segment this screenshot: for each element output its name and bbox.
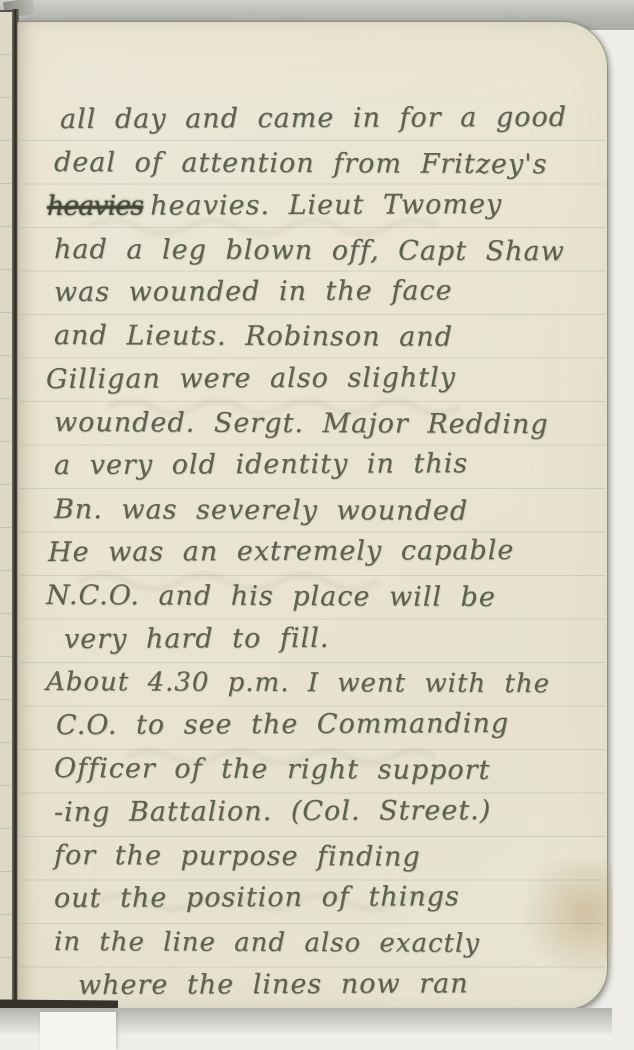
line-text: had a leg blown off, Capt Shaw	[54, 234, 565, 267]
line-text: He was an extremely capable	[48, 535, 514, 568]
handwritten-line: Bn. was severely wounded	[54, 488, 603, 534]
handwritten-line: N.C.O. and his place will be	[46, 574, 603, 620]
handwritten-line: was wounded in the face	[54, 269, 603, 315]
handwritten-line: a very old identity in this	[54, 442, 603, 488]
line-text: and Lieuts. Robinson and	[54, 320, 453, 353]
paper-scrap	[40, 1012, 116, 1050]
handwritten-line: -ing Battalion. (Col. Street.)	[54, 788, 603, 834]
handwritten-line: had a leg blown off, Capt Shaw	[54, 228, 603, 274]
line-text: About 4.30 p.m. I went with the	[46, 667, 550, 699]
handwritten-line: all day and came in for a good	[60, 96, 603, 142]
line-text: in the line and also exactly	[54, 927, 480, 959]
line-text: all day and came in for a good	[60, 102, 567, 135]
handwritten-line: for the purpose finding	[54, 834, 603, 880]
line-text: very hard to fill.	[64, 622, 330, 654]
line-text: deal of attention from Fritzey's	[54, 147, 548, 180]
line-text: was wounded in the face	[54, 275, 453, 308]
line-text: N.C.O. and his place will be	[46, 580, 496, 613]
line-text: a very old identity in this	[54, 449, 468, 482]
line-text: where the lines now ran	[78, 968, 469, 1001]
line-text: Officer of the right support	[54, 753, 491, 786]
handwritten-line: Gilligan were also slightly	[46, 355, 603, 401]
line-text: heavies. Lieut Twomey	[150, 189, 502, 222]
handwritten-line: in the line and also exactly	[54, 921, 603, 967]
handwritten-line: very hard to fill.	[64, 615, 603, 661]
line-text: for the purpose finding	[54, 840, 421, 873]
line-text: C.O. to see the Commanding	[56, 708, 509, 741]
handwritten-line: out the position of things	[54, 875, 603, 921]
handwritten-line: and Lieuts. Robinson and	[54, 314, 603, 360]
line-text: out the position of things	[54, 882, 460, 915]
handwritten-text-block: all day and came in for a good deal of a…	[46, 98, 603, 1007]
line-text: Gilligan were also slightly	[46, 362, 456, 395]
line-text: -ing Battalion. (Col. Street.)	[54, 795, 491, 828]
handwritten-line: where the lines now ran	[78, 962, 603, 1008]
handwritten-line: heaviesheavies. Lieut Twomey	[47, 182, 603, 228]
line-text: Bn. was severely wounded	[54, 494, 468, 527]
line-text: wounded. Sergt. Major Redding	[54, 407, 549, 440]
handwritten-line: deal of attention from Fritzey's	[54, 141, 603, 187]
handwritten-line: Officer of the right support	[54, 747, 603, 793]
notebook-page: all day and came in for a good deal of a…	[17, 21, 608, 1010]
handwritten-line: C.O. to see the Commanding	[56, 702, 603, 748]
handwritten-line: About 4.30 p.m. I went with the	[46, 661, 603, 707]
handwritten-line: He was an extremely capable	[48, 529, 603, 575]
struck-out-word: heavies	[47, 190, 143, 221]
handwritten-line: wounded. Sergt. Major Redding	[54, 401, 603, 447]
